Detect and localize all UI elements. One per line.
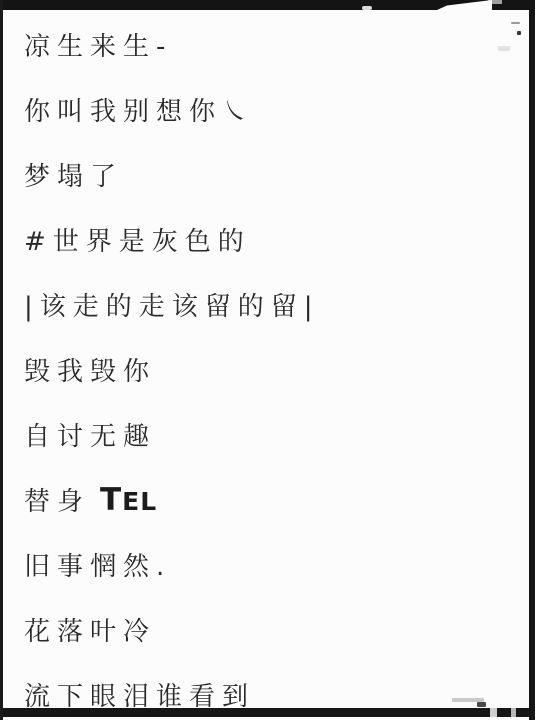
- note-line-latin-text: TEL: [100, 482, 157, 518]
- note-line-text: 花落叶冷: [24, 611, 156, 648]
- note-line-8: 替身 TEL: [24, 467, 521, 532]
- note-line-text: 自讨无趣: [24, 416, 156, 453]
- scan-border-top-nick: [362, 6, 372, 10]
- scan-speck: [511, 22, 520, 24]
- scan-border-left: [0, 0, 3, 720]
- note-line-6: 毁我毁你: [24, 337, 521, 402]
- note-line-7: 自讨无趣: [24, 402, 521, 467]
- scan-border-bottom-nick: [511, 708, 516, 717]
- note-line-5: |该走的走该留的留|: [24, 272, 521, 337]
- scan-border-bottom-nick: [490, 708, 497, 717]
- scan-border-right: [529, 0, 535, 720]
- note-line-9: 旧事惘然.: [24, 532, 521, 597]
- note-line-text: 旧事惘然.: [24, 546, 171, 583]
- scan-speck: [477, 702, 486, 707]
- note-line-2: 你叫我别想你㇏: [24, 77, 521, 142]
- note-line-text: 凉生来生-: [24, 26, 172, 63]
- note-line-text: 毁我毁你: [24, 351, 156, 388]
- handwritten-lines: 凉生来生- 你叫我别想你㇏ 梦塌了 #世界是灰色的 |该走的走该留的留| 毁我毁…: [24, 12, 521, 720]
- note-line-text: #世界是灰色的: [24, 221, 251, 258]
- scan-speck: [517, 31, 521, 35]
- scan-speck: [498, 46, 510, 51]
- scanned-note-page: 凉生来生- 你叫我别想你㇏ 梦塌了 #世界是灰色的 |该走的走该留的留| 毁我毁…: [0, 0, 535, 720]
- note-line-text: 梦塌了: [24, 156, 123, 193]
- note-line-1: 凉生来生-: [24, 12, 521, 77]
- note-line-10: 花落叶冷: [24, 597, 521, 662]
- note-line-text: 替身: [24, 481, 90, 518]
- note-line-4: #世界是灰色的: [24, 207, 521, 272]
- note-line-3: 梦塌了: [24, 142, 521, 207]
- scan-border-bottom: [0, 708, 535, 717]
- note-line-text: |该走的走该留的留|: [24, 286, 320, 323]
- scan-border-top-nick: [488, 0, 502, 4]
- note-line-text: 你叫我别想你㇏: [24, 91, 255, 128]
